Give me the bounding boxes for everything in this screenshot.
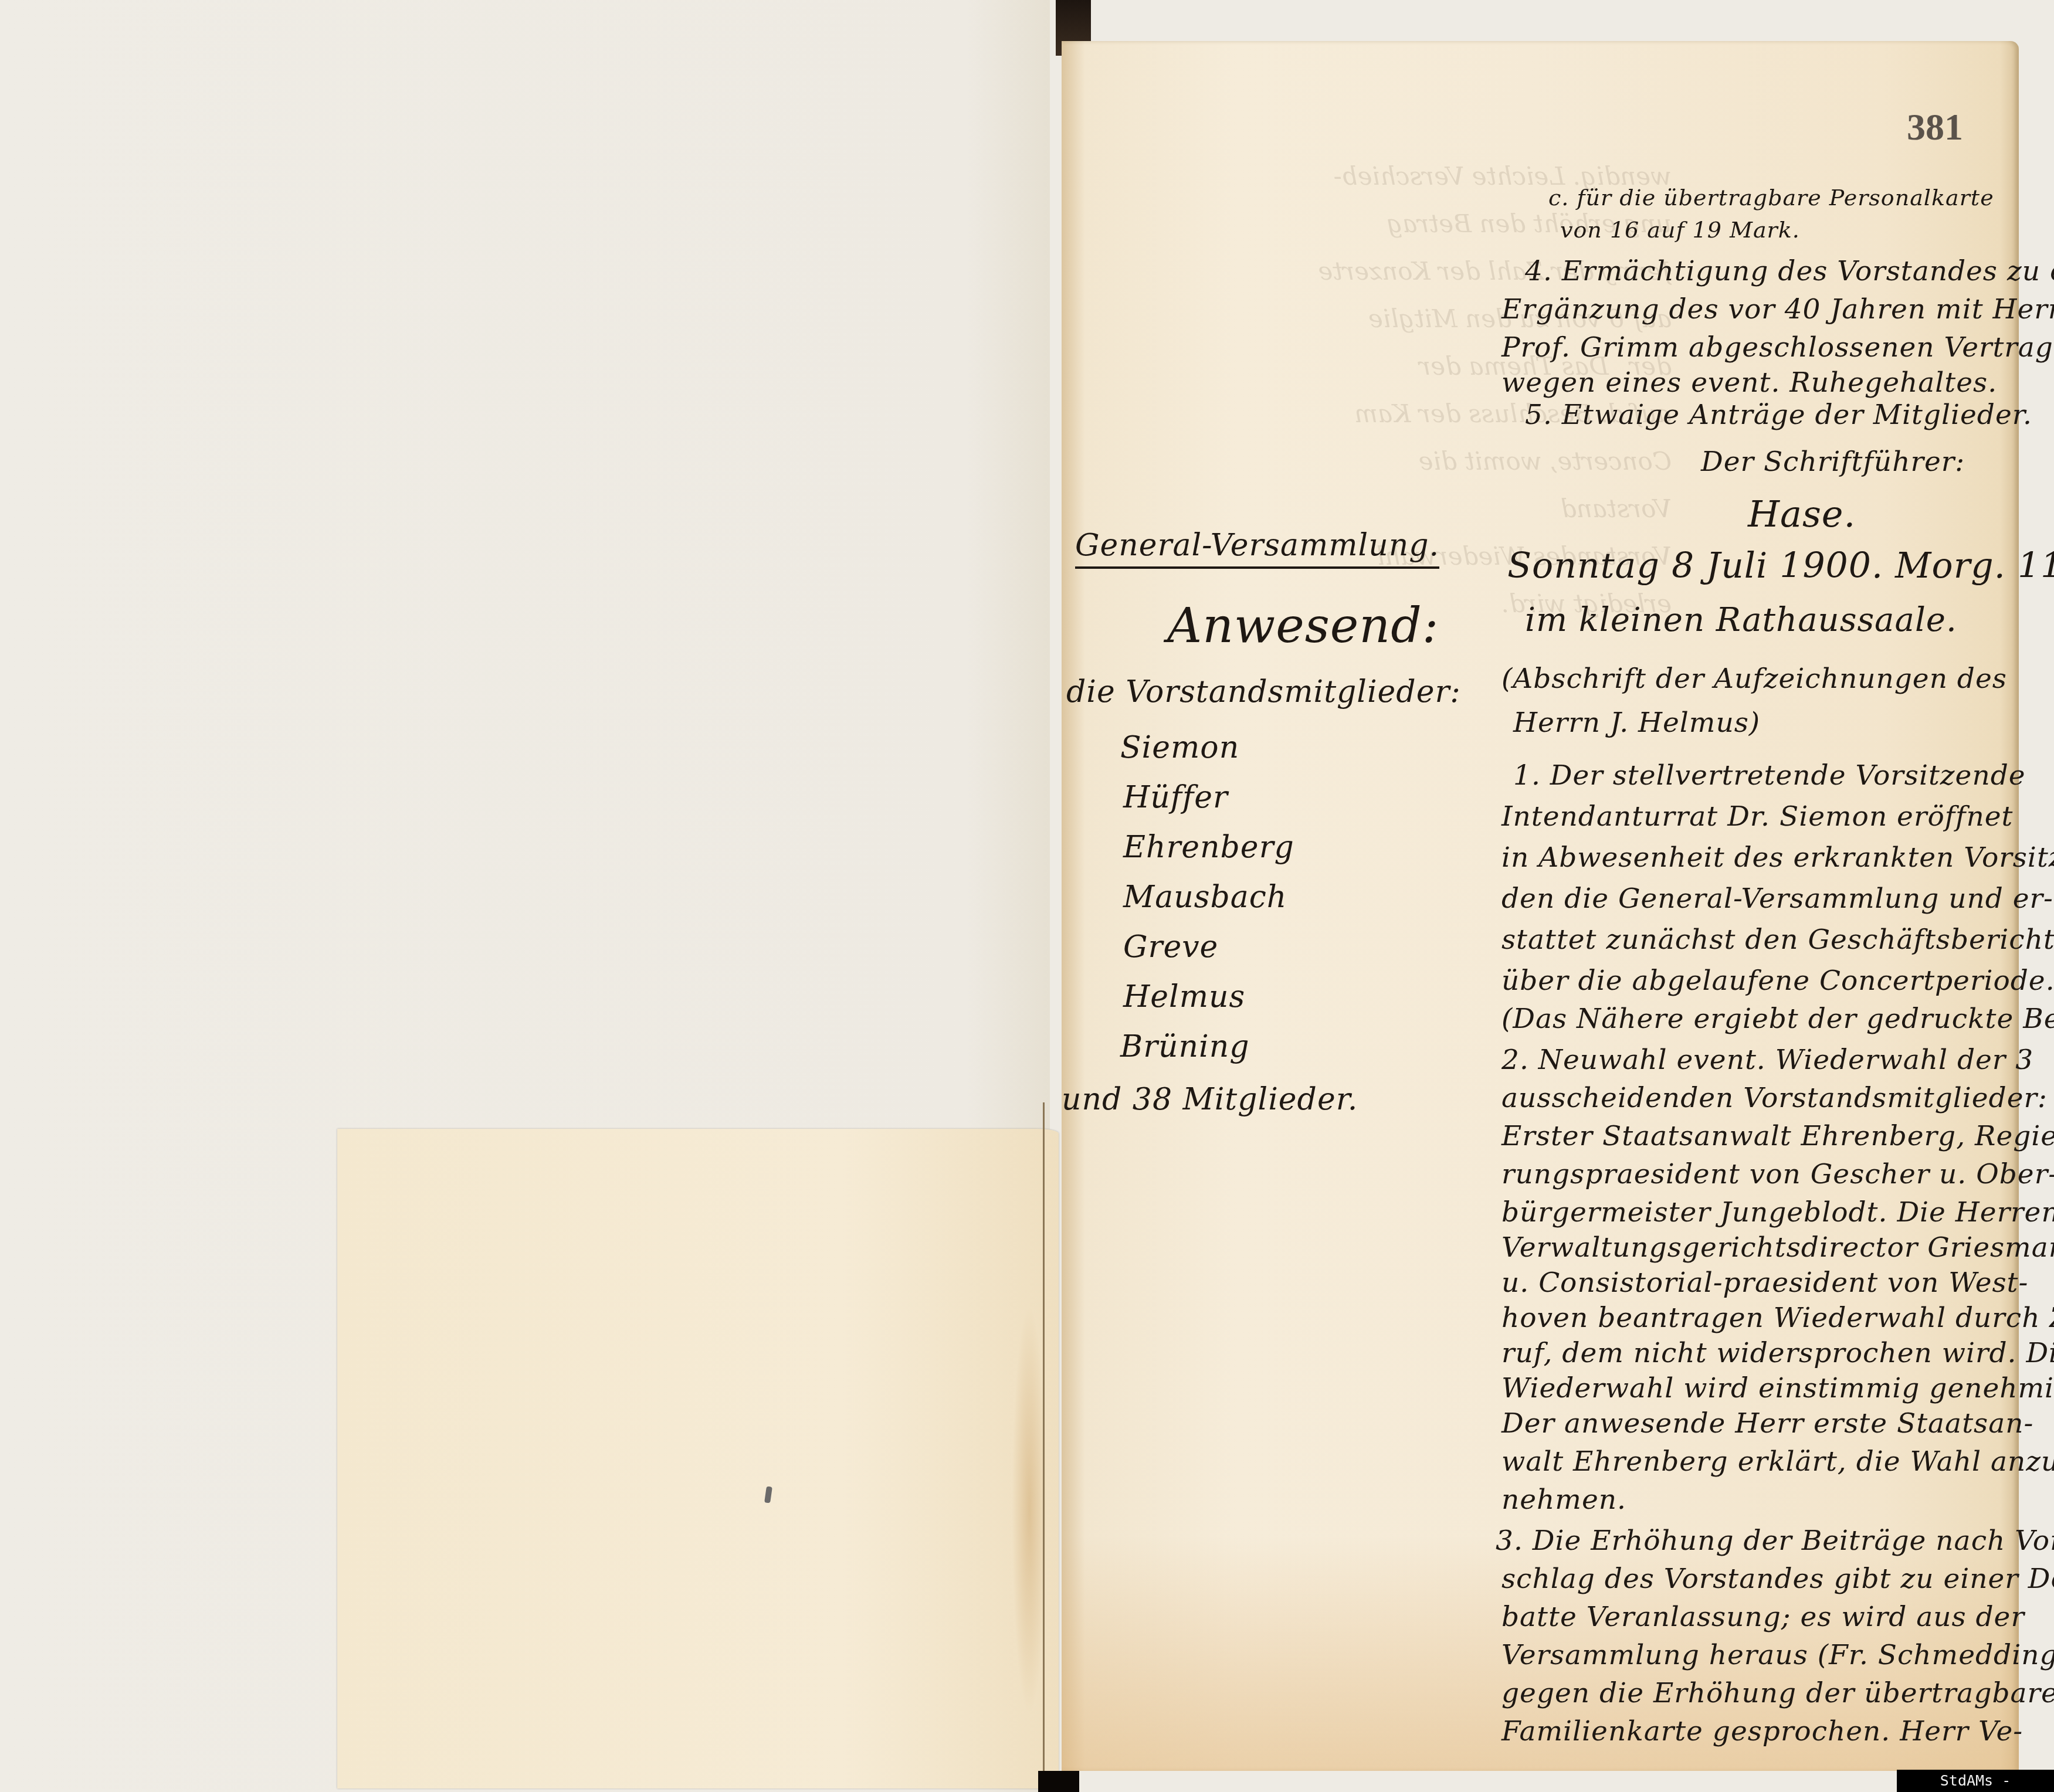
section-heading: General-Versammlung. <box>1075 528 1439 569</box>
text-line: wegen eines event. Ruhegehaltes. <box>1501 366 1997 399</box>
text-line: Verwaltungsgerichtsdirector Griesmann <box>1501 1231 2054 1264</box>
members-intro: die Vorstandsmitglieder: <box>1066 674 1461 710</box>
text-line: 3. Die Erhöhung der Beiträge nach Vor- <box>1496 1525 2054 1557</box>
member-name: Helmus <box>1123 979 1245 1014</box>
text-line: ausscheidenden Vorstandsmitglieder: <box>1501 1082 2048 1114</box>
text-line: 1. Der stellvertretende Vorsitzende <box>1513 759 2026 792</box>
text-line: u. Consistorial-praesident von West- <box>1501 1267 2028 1299</box>
text-line: 2. Neuwahl event. Wiederwahl der 3 <box>1501 1044 2033 1076</box>
text-line: (Abschrift der Aufzeichnungen des <box>1501 663 2007 695</box>
member-name: Greve <box>1123 929 1218 965</box>
text-line: schlag des Vorstandes gibt zu einer De- <box>1501 1563 2054 1595</box>
meeting-location: im kleinen Rathaussaale. <box>1525 601 1957 639</box>
minutes-column: c. für die übertragbare Personalkarte vo… <box>1501 41 1994 1742</box>
text-line: stattet zunächst den Geschäftsbericht <box>1501 924 2054 956</box>
text-line: ruf, dem nicht widersprochen wird. Die <box>1501 1337 2054 1369</box>
fold-crease <box>1043 1102 1045 1783</box>
text-line: rungspraesident von Gescher u. Ober- <box>1501 1158 2054 1190</box>
text-line: Der anwesende Herr erste Staatsan- <box>1501 1407 2033 1440</box>
text-line: den die General-Versammlung und er- <box>1501 883 2053 915</box>
meeting-date: Sonntag 8 Juli 1900. Morg. 11 1/2 h. <box>1507 545 2054 586</box>
member-name: Siemon <box>1120 730 1239 765</box>
text-line: gegen die Erhöhung der übertragbaren <box>1501 1677 2054 1709</box>
text-line: Wiederwahl wird einstimmig genehmigt. <box>1501 1372 2054 1404</box>
signature-name: Hase. <box>1748 493 1856 535</box>
pencil-mark <box>764 1486 772 1503</box>
text-line: Herrn J. Helmus) <box>1513 707 1760 739</box>
text-line: 5. Etwaige Anträge der Mitglieder. <box>1525 399 2032 431</box>
member-name: Mausbach <box>1123 880 1287 915</box>
attendance-label: Anwesend: <box>1167 598 1439 654</box>
text-line: batte Veranlassung; es wird aus der <box>1501 1601 2025 1633</box>
water-stain <box>1012 1305 1047 1715</box>
text-line: über die abgelaufene Concertperiode. <box>1501 965 2054 997</box>
member-name: Ehrenberg <box>1123 830 1294 865</box>
folded-paper-flap <box>337 1129 1059 1788</box>
text-line: Intendanturrat Dr. Siemon eröffnet <box>1501 800 2013 833</box>
ledger-page: wendig. Leichte Verschieb- ung erhöht de… <box>1062 41 2019 1771</box>
fold-shadow <box>1038 1771 1079 1792</box>
text-line: bürgermeister Jungeblodt. Die Herren <box>1501 1196 2054 1228</box>
text-line: Erster Staatsanwalt Ehrenberg, Regie- <box>1501 1120 2054 1152</box>
text-line: 4. Ermächtigung des Vorstandes zu einer <box>1525 255 2054 287</box>
member-name: Brüning <box>1120 1029 1249 1064</box>
text-line: nehmen. <box>1501 1484 1626 1516</box>
text-line: c. für die übertragbare Personalkarte <box>1548 185 1994 211</box>
text-line: Ergänzung des vor 40 Jahren mit Herrn <box>1501 293 2054 325</box>
text-line: Versammlung heraus (Fr. Schmedding) <box>1501 1639 2054 1671</box>
text-line: Familienkarte gesprochen. Herr Ve- <box>1501 1715 2023 1747</box>
text-line: in Abwesenheit des erkrankten Vorsitzen- <box>1501 841 2054 874</box>
text-line: Prof. Grimm abgeschlossenen Vertrages <box>1501 331 2054 364</box>
text-line: walt Ehrenberg erklärt, die Wahl anzu- <box>1501 1445 2054 1478</box>
signature-title: Der Schriftführer: <box>1701 446 1965 478</box>
text-line: (Das Nähere ergiebt der gedruckte Berich… <box>1501 1003 2054 1035</box>
member-name: Hüffer <box>1123 780 1228 815</box>
text-line: hoven beantragen Wiederwahl durch Zu- <box>1501 1302 2054 1334</box>
text-line: von 16 auf 19 Mark. <box>1560 217 1800 243</box>
archive-id-label: StdAMs - MV_004_629 <box>1897 1770 2054 1792</box>
additional-members: und 38 Mitglieder. <box>1062 1082 1358 1117</box>
